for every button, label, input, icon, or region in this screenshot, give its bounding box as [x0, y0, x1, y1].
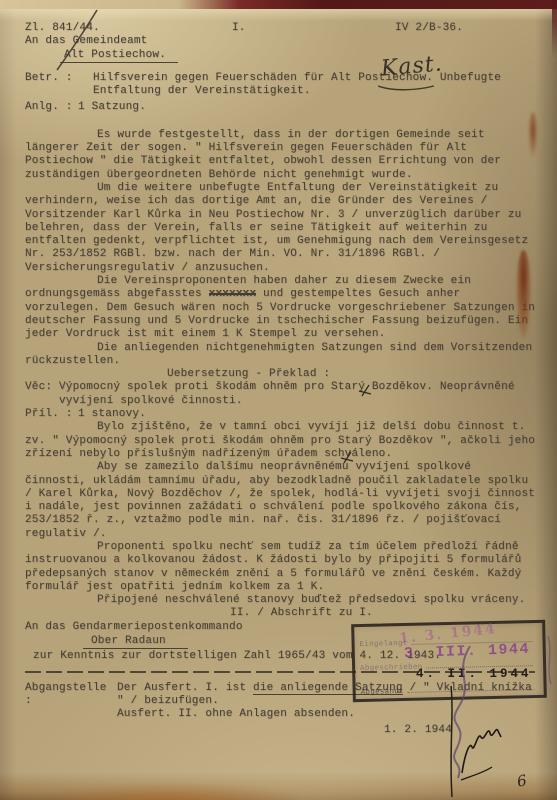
translation-heading: Uebersetzung - Překlad :: [167, 368, 537, 381]
subject-block: Betr. : Hilfsverein gegen Feuerschäden f…: [25, 72, 537, 99]
stamp-leader-line: [408, 688, 534, 693]
bottom-stain: [40, 784, 300, 800]
dispatch-label: Abgangstelle :: [25, 682, 117, 722]
file-number: Zl. 841/44.: [25, 22, 232, 35]
translation-subject-label: Věc:: [25, 381, 59, 408]
subject-label: Betr. :: [25, 72, 93, 99]
paragraph-de-1: Es wurde festgestellt, dass in der dorti…: [25, 129, 537, 182]
paragraph-cz-1: Bylo zjištěno, že v tamní obci vyvíjí ji…: [25, 421, 537, 461]
reference-line: Zl. 841/44. I. IV 2/B-36.: [25, 22, 537, 35]
translation-enclosure-block: Příl. : 1 stanovy.: [25, 408, 537, 421]
subject-text: Hilfsverein gegen Feuerschäden für Alt P…: [93, 72, 537, 99]
translation-enclosure-label: Příl. :: [25, 408, 78, 421]
handwritten-note: Kast.: [380, 51, 444, 81]
paragraph-de-3: Die Vereinsproponenten haben daher zu di…: [25, 275, 537, 341]
paragraph-cz-2: Aby se zamezilo dalšímu neoprávněnému vy…: [25, 461, 537, 541]
dispatch-line2: Ausfert. II. ohne Anlagen absenden.: [117, 708, 537, 721]
translation-enclosure-text: 1 stanovy.: [78, 408, 537, 421]
translation-subject-text: Výpomocný spolek proti škodám ohněm pro …: [59, 381, 537, 408]
stamp-date-sent: 4. II. 1944: [416, 667, 532, 681]
stamp-label-sent: Abgesandt: [361, 688, 404, 697]
enclosure-text: 1 Satzung.: [78, 101, 537, 114]
paragraph-cz-3: Proponenti spolku nechť sem tudíž za tím…: [25, 541, 537, 594]
dispatch-date: 1. 2. 1944: [25, 724, 537, 737]
enclosure-label: Anlg. :: [25, 101, 78, 114]
handwritten-page-number: 6: [516, 771, 529, 790]
copy-mark: I.: [232, 22, 395, 35]
paragraph-de-4: Die anliegenden nichtgenehmigten Satzung…: [25, 342, 537, 369]
rust-stain-small: [528, 112, 538, 158]
signature-underline-flick: [461, 767, 492, 780]
struck-out-word: xxxxxxx: [209, 288, 257, 300]
addressee-place: Alt Postiechow.: [60, 49, 537, 62]
rust-stain-large: [516, 250, 531, 338]
paragraph-de-2: Um die weitere unbefugte Entfaltung der …: [25, 182, 537, 275]
paragraph-cz-4: Připojené neschválené stanovy buďtež pře…: [25, 594, 537, 607]
registry-mark: IV 2/B-36.: [395, 22, 463, 35]
enclosure-block: Anlg. : 1 Satzung.: [25, 101, 537, 114]
translation-subject-block: Věc: Výpomocný spolek proti škodám ohněm…: [25, 381, 537, 408]
document-scan: Zl. 841/44. I. IV 2/B-36. An das Gemeind…: [0, 0, 557, 800]
section2-heading: II. / Abschrift zu I.: [230, 607, 537, 620]
addressee-line: An das Gemeindeamt: [25, 35, 537, 48]
